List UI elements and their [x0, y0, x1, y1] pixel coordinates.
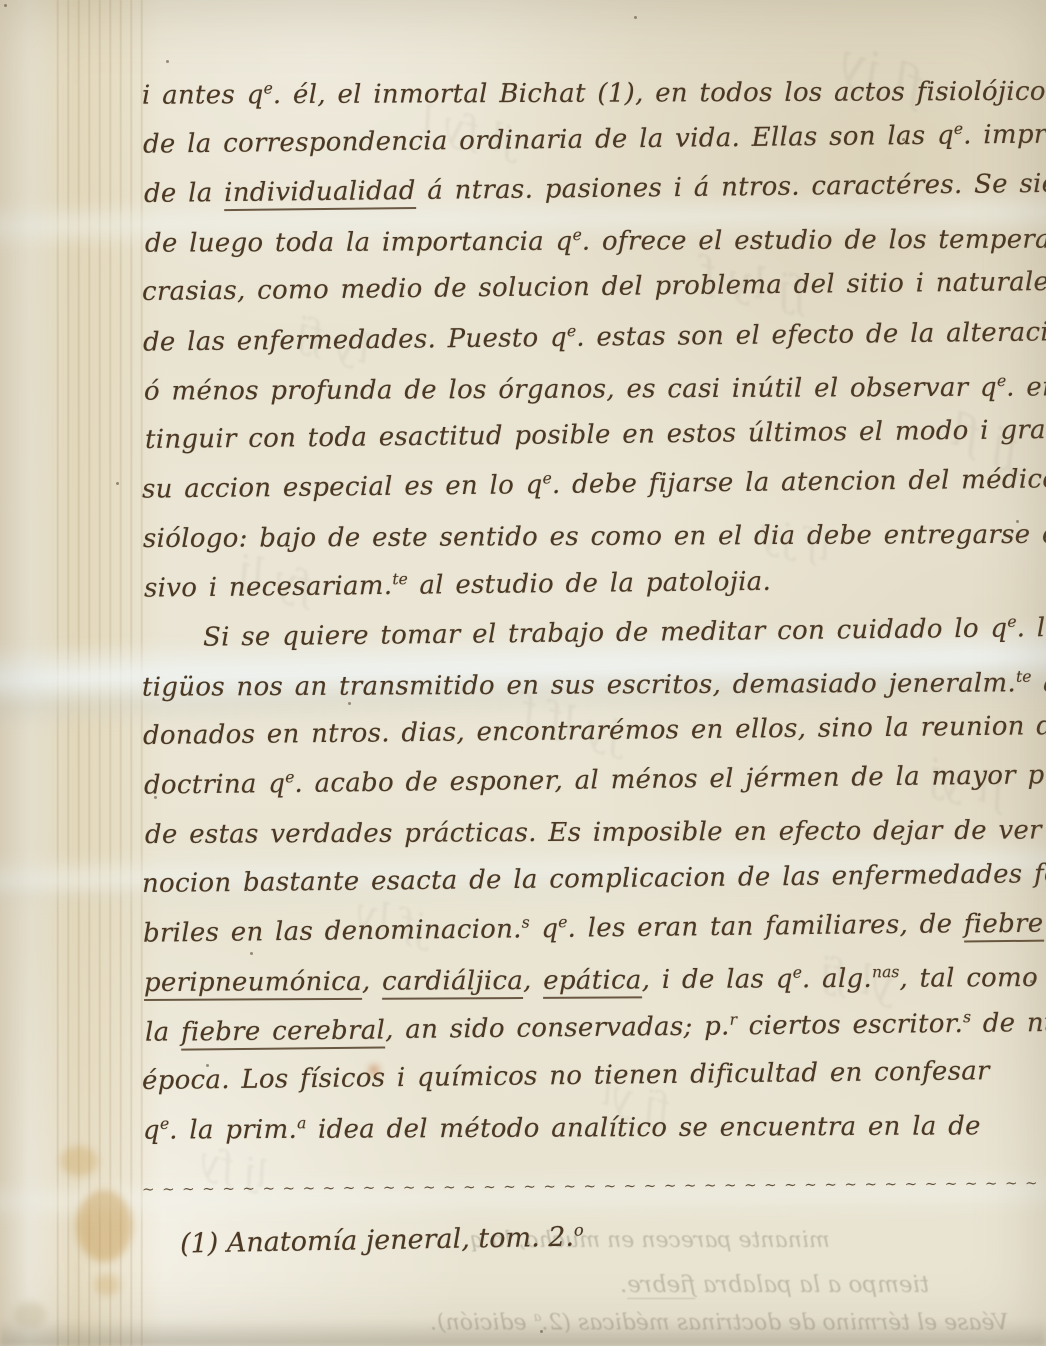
manuscript-line: de estas verdades prácticas. Es imposibl… — [145, 815, 1046, 850]
manuscript-line: peripneumónica, cardiáljica, epática, i … — [144, 963, 1038, 998]
manuscript-text: i antes qe. él, el inmortal Bichat (1), … — [0, 0, 1046, 1346]
manuscript-line: tigüos nos an transmitido en sus escrito… — [142, 667, 1046, 702]
manuscript-line: de las enfermedades. Puesto qe. estas so… — [143, 315, 1046, 357]
manuscript-line: doctrina qe. acabo de esponer, al ménos … — [144, 760, 1046, 801]
manuscript-page: minante parecen en mucho, lo qtiempo a l… — [0, 0, 1046, 1346]
manuscript-line: qe. la prim.a idea del método analítico … — [143, 1111, 981, 1146]
manuscript-line: época. Los físicos i químicos no tienen … — [142, 1056, 990, 1096]
manuscript-line: crasias, como medio de solucion del prob… — [142, 267, 1046, 307]
manuscript-line: la fiebre cerebral, an sido conservadas;… — [145, 1007, 1046, 1048]
manuscript-line: ó ménos profunda de los órganos, es casi… — [144, 371, 1046, 406]
manuscript-line: i antes qe. él, el inmortal Bichat (1), … — [142, 75, 1046, 110]
manuscript-line: tinguir con toda esactitud posible en es… — [145, 414, 1046, 455]
manuscript-line: de luego toda la importancia qe. ofrece … — [145, 223, 1046, 259]
manuscript-line: sivo i necesariam.te al estudio de la pa… — [144, 566, 771, 604]
manuscript-line: siólogo: bajo de este sentido es como en… — [143, 519, 1046, 554]
manuscript-line: su accion especial es en lo qe. debe fij… — [142, 464, 1046, 505]
manuscript-line: Si se quiere tomar el trabajo de meditar… — [203, 612, 1046, 653]
manuscript-line: donados en ntros. dias, encontrarémos en… — [143, 710, 1046, 750]
manuscript-line: de la individualidad á ntras. pasiones i… — [144, 167, 1046, 208]
manuscript-line: briles en las denominacion.s qe. les era… — [143, 908, 1044, 949]
manuscript-line: nocion bastante esacta de la complicacio… — [142, 859, 1046, 899]
manuscript-line: de la correspondencia ordinaria de la vi… — [143, 117, 1046, 160]
